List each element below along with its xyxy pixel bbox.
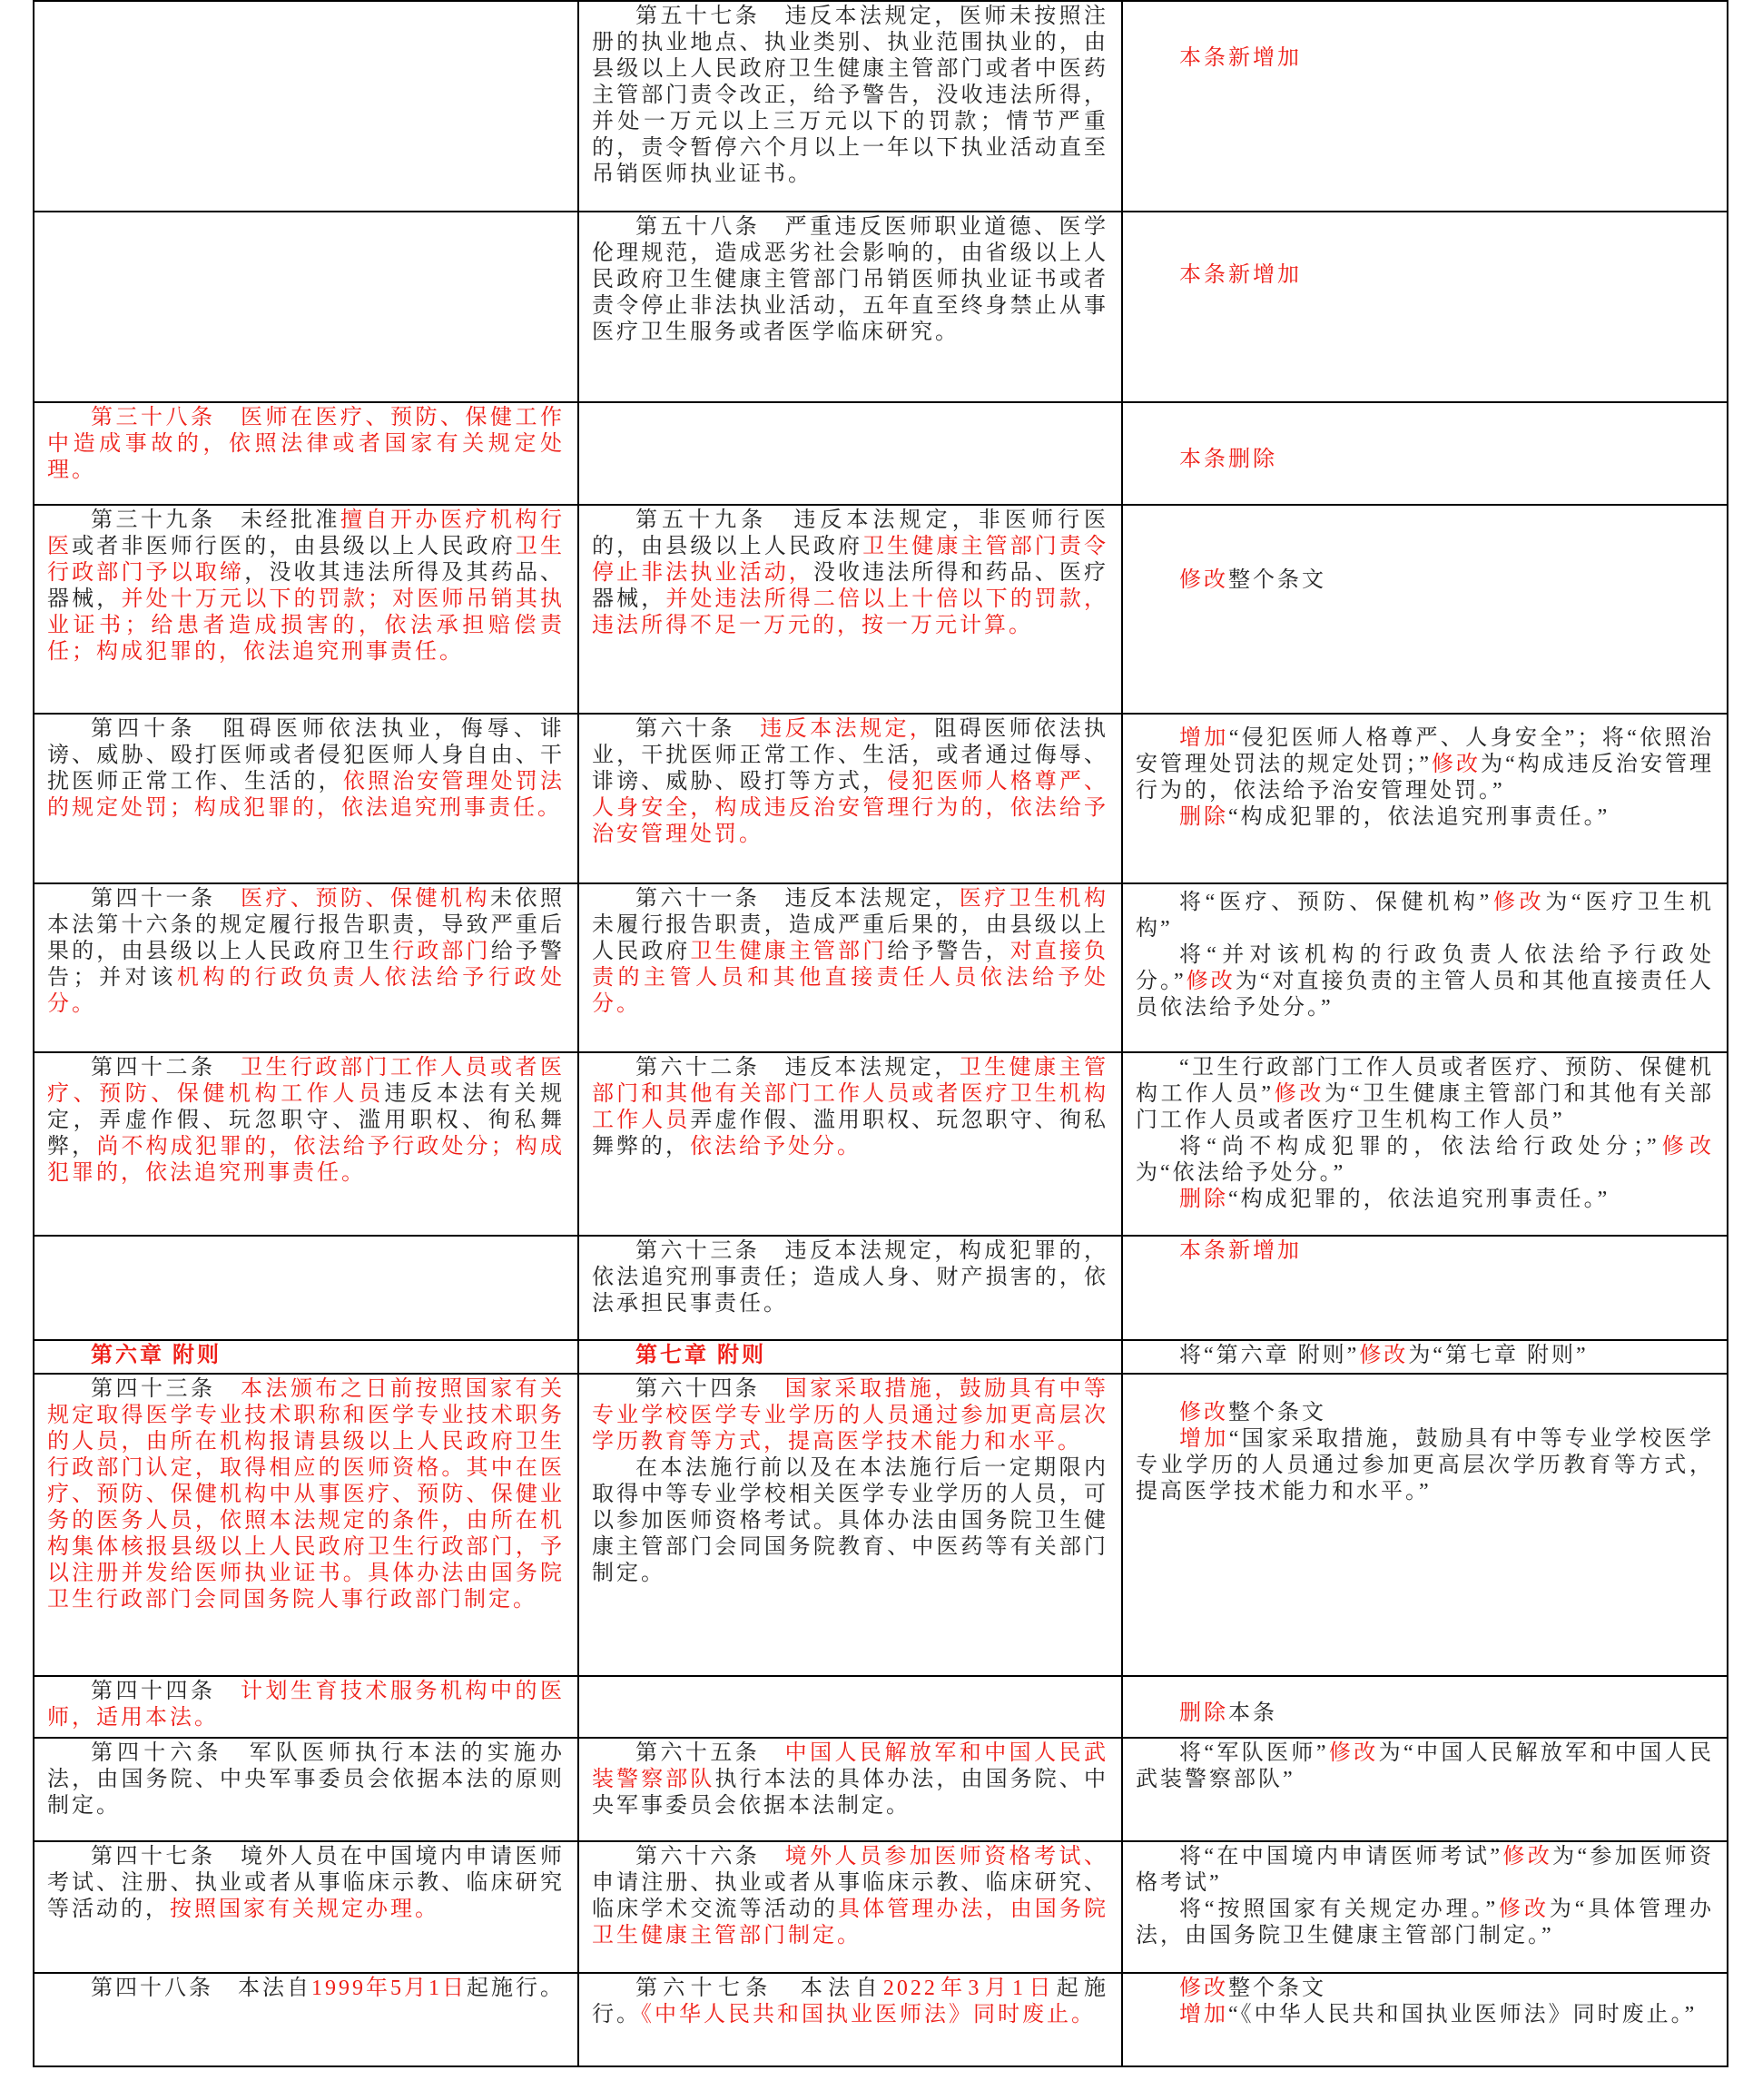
revised-text-segment: 修改 [1179,1977,1228,2000]
old-law-cell: 第四十一条 医疗、预防、保健机构未依照本法第十六条的规定履行报告职责，导致严重后… [34,883,578,1052]
new-law-cell: 第七章 附则 [578,1340,1122,1374]
revision-note-cell: 将“在中国境内申请医师考试”修改为“参加医师资格考试”将“按照国家有关规定办理。… [1122,1841,1728,1973]
revised-text-segment: 按照国家有关规定办理。 [170,1898,439,1921]
law-paragraph: 将“在中国境内申请医师考试”修改为“参加医师资格考试” [1136,1844,1714,1897]
table-row: 第四十三条 本法颁布之日前按照国家有关规定取得医学专业技术职称和医学专业技术职务… [34,1374,1728,1676]
old-law-cell: 第四十八条 本法自1999年5月1日起施行。 [34,1973,578,2066]
text-segment: “构成犯罪的，依法追究刑事责任。” [1228,1188,1610,1211]
new-law-cell: 第六十条 违反本法规定，阻碍医师依法执业，干扰医师正常工作、生活，或者通过侮辱、… [578,714,1122,883]
law-paragraph: 第六十条 违反本法规定，阻碍医师依法执业，干扰医师正常工作、生活，或者通过侮辱、… [592,716,1108,848]
revised-text-segment: 修改 [1502,1845,1552,1868]
revised-text-segment: 本条新增加 [1179,1239,1302,1263]
law-paragraph: 删除“构成犯罪的，依法追究刑事责任。” [1136,804,1714,831]
law-paragraph: 第四十二条 卫生行政部门工作人员或者医疗、预防、保健机构工作人员违反本法有关规定… [47,1055,565,1187]
law-paragraph: 删除“构成犯罪的，依法追究刑事责任。” [1136,1187,1714,1213]
revised-text-segment: 尚不构成犯罪的，依法给予行政处分；构成犯罪的，依法追究刑事责任。 [47,1135,565,1185]
revision-note-cell: 修改整个条文增加“国家采取措施，鼓励具有中等专业学校医学专业学历的人员通过参加更… [1122,1374,1728,1676]
old-law-cell: 第三十九条 未经批准擅自开办医疗机构行医或者非医师行医的，由县级以上人民政府卫生… [34,505,578,714]
text-segment: 第四十八条 本法自 [91,1977,311,2000]
old-law-cell: 第四十四条 计划生育技术服务机构中的医师，适用本法。 [34,1676,578,1738]
table-row: 第四十条 阻碍医师依法执业，侮辱、诽谤、威胁、殴打医师或者侵犯医师人身自由、干扰… [34,714,1728,883]
law-paragraph: 本条新增加 [1136,262,1714,289]
law-paragraph: 本条新增加 [1136,45,1714,72]
revised-text-segment: 第六章 附则 [91,1344,222,1367]
text-segment: 第六十六条 [635,1845,785,1868]
revision-note-cell: 将“第六章 附则”修改为“第七章 附则” [1122,1340,1728,1374]
revised-text-segment: 第三十八条 医师在医疗、预防、保健工作中造成事故的，依照法律或者国家有关规定处理… [47,406,565,482]
text-segment: 第六十一条 违反本法规定， [635,887,960,911]
law-paragraph: 第五十七条 违反本法规定，医师未按照注册的执业地点、执业类别、执业范围执业的，由… [592,4,1108,188]
text-segment: 第六十四条 [635,1377,785,1401]
new-law-cell: 第五十九条 违反本法规定，非医师行医的，由县级以上人民政府卫生健康主管部门责令停… [578,505,1122,714]
law-paragraph: 将“并对该机构的行政负责人依法给予行政处分。”修改为“对直接负责的主管人员和其他… [1136,942,1714,1021]
text-segment: “《中华人民共和国执业医师法》同时废止。” [1228,2003,1697,2026]
new-law-cell: 第五十七条 违反本法规定，医师未按照注册的执业地点、执业类别、执业范围执业的，由… [578,1,1122,212]
table-row: 第六章 附则第七章 附则将“第六章 附则”修改为“第七章 附则” [34,1340,1728,1374]
law-paragraph: 删除本条 [1136,1701,1714,1727]
text-segment: 起施行。 [467,1977,565,2000]
table-row: 第四十八条 本法自1999年5月1日起施行。第六十七条 本法自2022年3月1日… [34,1973,1728,2066]
law-paragraph: “卫生行政部门工作人员或者医疗、预防、保健机构工作人员”修改为“卫生健康主管部门… [1136,1055,1714,1134]
text-segment: 本条 [1228,1701,1277,1725]
old-law-cell: 第四十二条 卫生行政部门工作人员或者医疗、预防、保健机构工作人员违反本法有关规定… [34,1052,578,1236]
table-row: 第五十八条 严重违反医师职业道德、医学伦理规范，造成恶劣社会影响的，由省级以上人… [34,212,1728,402]
old-law-cell: 第四十七条 境外人员在中国境内申请医师考试、注册、执业或者从事临床示教、临床研究… [34,1841,578,1973]
revision-note-cell: 修改整个条文 [1122,505,1728,714]
old-law-cell: 第四十条 阻碍医师依法执业，侮辱、诽谤、威胁、殴打医师或者侵犯医师人身自由、干扰… [34,714,578,883]
new-law-cell [578,1676,1122,1738]
new-law-cell: 第六十五条 中国人民解放军和中国人民武装警察部队执行本法的具体办法，由国务院、中… [578,1738,1122,1841]
text-segment: 第六十条 [635,717,760,741]
revised-text-segment: 增加 [1179,2003,1228,2026]
revised-text-segment: 修改 [1274,1082,1324,1106]
text-segment: 第六十二条 违反本法规定， [635,1056,960,1080]
table-row: 第四十六条 军队医师执行本法的实施办法，由国务院、中央军事委员会依据本法的原则制… [34,1738,1728,1841]
law-paragraph: 本条删除 [1136,447,1714,473]
law-paragraph: 将“军队医师”修改为“中国人民解放军和中国人民武装警察部队” [1136,1740,1714,1793]
law-paragraph: 第四十七条 境外人员在中国境内申请医师考试、注册、执业或者从事临床示教、临床研究… [47,1844,565,1923]
comparison-table-body: 第五十七条 违反本法规定，医师未按照注册的执业地点、执业类别、执业范围执业的，由… [34,1,1728,2066]
text-segment: 第四十一条 [91,887,241,911]
text-segment: 第六十七条 本法自 [635,1977,883,2000]
revision-note-cell: 将“医疗、预防、保健机构”修改为“医疗卫生机构”将“并对该机构的行政负责人依法给… [1122,883,1728,1052]
text-segment: 第三十九条 未经批准 [91,508,340,532]
text-segment: 将“按照国家有关规定办理。” [1179,1898,1498,1921]
law-paragraph: 第六章 附则 [47,1343,565,1369]
comparison-table: 第五十七条 违反本法规定，医师未按照注册的执业地点、执业类别、执业范围执业的，由… [33,0,1728,2067]
new-law-cell [578,402,1122,505]
law-paragraph: 第六十五条 中国人民解放军和中国人民武装警察部队执行本法的具体办法，由国务院、中… [592,1740,1108,1819]
revised-text-segment: 修改 [1498,1898,1550,1921]
law-paragraph: 第六十二条 违反本法规定，卫生健康主管部门和其他有关部门工作人员或者医疗卫生机构… [592,1055,1108,1160]
table-row: 第五十七条 违反本法规定，医师未按照注册的执业地点、执业类别、执业范围执业的，由… [34,1,1728,212]
revision-note-cell: 增加“侵犯医师人格尊严、人身安全”；将“依照治安管理处罚法的规定处罚；”修改为“… [1122,714,1728,883]
new-law-cell: 第六十三条 违反本法规定，构成犯罪的，依法追究刑事责任；造成人身、财产损害的，依… [578,1236,1122,1340]
revised-text-segment: 本法颁布之日前按照国家有关规定取得医学专业技术职称和医学专业技术职务的人员，由所… [47,1377,565,1612]
revised-text-segment: 《中华人民共和国执业医师法》同时废止。 [641,2003,1096,2026]
law-paragraph: 第六十三条 违反本法规定，构成犯罪的，依法追究刑事责任；造成人身、财产损害的，依… [592,1238,1108,1317]
text-segment: 整个条文 [1228,1401,1326,1425]
law-paragraph: 第三十九条 未经批准擅自开办医疗机构行医或者非医师行医的，由县级以上人民政府卫生… [47,508,565,665]
law-comparison-page: 第五十七条 违反本法规定，医师未按照注册的执业地点、执业类别、执业范围执业的，由… [0,0,1743,2100]
text-segment: 第四十四条 [91,1680,241,1703]
text-segment: 整个条文 [1228,568,1326,592]
text-segment: 将“在中国境内申请医师考试” [1179,1845,1502,1868]
table-row: 第四十二条 卫生行政部门工作人员或者医疗、预防、保健机构工作人员违反本法有关规定… [34,1052,1728,1236]
law-paragraph: 增加“国家采取措施，鼓励具有中等专业学校医学专业学历的人员通过参加更高层次学历教… [1136,1426,1714,1505]
law-paragraph: 将“医疗、预防、保健机构”修改为“医疗卫生机构” [1136,890,1714,942]
text-segment: 第五十七条 违反本法规定，医师未按照注册的执业地点、执业类别、执业范围执业的，由… [592,5,1108,186]
law-paragraph: 第六十六条 境外人员参加医师资格考试、申请注册、执业或者从事临床示教、临床研究、… [592,1844,1108,1949]
text-segment: 为“第七章 附则” [1408,1344,1588,1367]
text-segment: 将“医疗、预防、保健机构” [1179,891,1492,914]
text-segment: 或者非医师行医的，由县级以上人民政府 [72,535,516,558]
text-segment: 将“军队医师” [1179,1741,1329,1765]
table-row: 第四十一条 医疗、预防、保健机构未依照本法第十六条的规定履行报告职责，导致严重后… [34,883,1728,1052]
new-law-cell: 第六十一条 违反本法规定，医疗卫生机构未履行报告职责，造成严重后果的，由县级以上… [578,883,1122,1052]
new-law-cell: 第五十八条 严重违反医师职业道德、医学伦理规范，造成恶劣社会影响的，由省级以上人… [578,212,1122,402]
revised-text-segment: 修改 [1179,568,1228,592]
table-row: 第三十九条 未经批准擅自开办医疗机构行医或者非医师行医的，由县级以上人民政府卫生… [34,505,1728,714]
table-row: 第六十三条 违反本法规定，构成犯罪的，依法追究刑事责任；造成人身、财产损害的，依… [34,1236,1728,1340]
text-segment: 将“第六章 附则” [1179,1344,1359,1367]
text-segment: 第六十五条 [635,1741,785,1765]
revised-text-segment: 修改 [1492,891,1545,914]
old-law-cell [34,1,578,212]
law-paragraph: 第四十一条 医疗、预防、保健机构未依照本法第十六条的规定履行报告职责，导致严重后… [47,886,565,1018]
new-law-cell: 第六十七条 本法自2022年3月1日起施行。《中华人民共和国执业医师法》同时废止… [578,1973,1122,2066]
text-segment: 给予警告， [887,940,1010,963]
law-paragraph: 第六十七条 本法自2022年3月1日起施行。《中华人民共和国执业医师法》同时废止… [592,1976,1108,2028]
revision-note-cell: 本条新增加 [1122,1236,1728,1340]
law-paragraph: 增加“《中华人民共和国执业医师法》同时废止。” [1136,2002,1714,2028]
revision-note-cell: 本条新增加 [1122,212,1728,402]
law-paragraph: 本条新增加 [1136,1238,1714,1265]
law-paragraph: 将“按照国家有关规定办理。”修改为“具体管理办法，由国务院卫生健康主管部门制定。… [1136,1897,1714,1949]
old-law-cell: 第六章 附则 [34,1340,578,1374]
law-paragraph: 第六十一条 违反本法规定，医疗卫生机构未履行报告职责，造成严重后果的，由县级以上… [592,886,1108,1018]
old-law-cell: 第四十三条 本法颁布之日前按照国家有关规定取得医学专业技术职称和医学专业技术职务… [34,1374,578,1676]
revision-note-cell: 修改整个条文增加“《中华人民共和国执业医师法》同时废止。” [1122,1973,1728,2066]
old-law-cell: 第三十八条 医师在医疗、预防、保健工作中造成事故的，依照法律或者国家有关规定处理… [34,402,578,505]
new-law-cell: 第六十六条 境外人员参加医师资格考试、申请注册、执业或者从事临床示教、临床研究、… [578,1841,1122,1973]
law-paragraph: 第四十六条 军队医师执行本法的实施办法，由国务院、中央军事委员会依据本法的原则制… [47,1740,565,1819]
law-paragraph: 第五十九条 违反本法规定，非医师行医的，由县级以上人民政府卫生健康主管部门责令停… [592,508,1108,639]
revised-text-segment: 并处违法所得二倍以上十倍以下的罚款，违法所得不足一万元的，按一万元计算。 [592,587,1108,637]
revised-text-segment: 修改 [1329,1741,1379,1765]
revised-text-segment: 修改 [1187,970,1236,993]
revised-text-segment: 2022年3月1日 [883,1977,1057,2000]
table-row: 第四十四条 计划生育技术服务机构中的医师，适用本法。删除本条 [34,1676,1728,1738]
law-paragraph: 第三十八条 医师在医疗、预防、保健工作中造成事故的，依照法律或者国家有关规定处理… [47,405,565,484]
law-paragraph: 将“尚不构成犯罪的，依法给行政处分；”修改为“依法给予处分。” [1136,1134,1714,1187]
revised-text-segment: 本条删除 [1179,448,1277,471]
revised-text-segment: 1999年5月1日 [311,1977,467,2000]
text-segment: 第五十八条 严重违反医师职业道德、医学伦理规范，造成恶劣社会影响的，由省级以上人… [592,215,1108,344]
law-paragraph: 第五十八条 严重违反医师职业道德、医学伦理规范，造成恶劣社会影响的，由省级以上人… [592,214,1108,346]
revised-text-segment: 第七章 附则 [635,1344,766,1367]
text-segment: 第六十三条 违反本法规定，构成犯罪的，依法追究刑事责任；造成人身、财产损害的，依… [592,1239,1108,1316]
revision-note-cell: 本条删除 [1122,402,1728,505]
revised-text-segment: 增加 [1179,1427,1229,1451]
law-paragraph: 增加“侵犯医师人格尊严、人身安全”；将“依照治安管理处罚法的规定处罚；”修改为“… [1136,725,1714,804]
law-paragraph: 第四十条 阻碍医师依法执业，侮辱、诽谤、威胁、殴打医师或者侵犯医师人身自由、干扰… [47,716,565,822]
revised-text-segment: 卫生健康主管部门 [690,940,887,963]
revised-text-segment: 修改 [1179,1401,1228,1425]
old-law-cell [34,1236,578,1340]
law-paragraph: 第六十四条 国家采取措施，鼓励具有中等专业学校医学专业学历的人员通过参加更高层次… [592,1376,1108,1455]
text-segment: 整个条文 [1228,1977,1326,2000]
table-row: 第四十七条 境外人员在中国境内申请医师考试、注册、执业或者从事临床示教、临床研究… [34,1841,1728,1973]
text-segment: 第四十六条 军队医师执行本法的实施办法，由国务院、中央军事委员会依据本法的原则制… [47,1741,565,1818]
law-paragraph: 将“第六章 附则”修改为“第七章 附则” [1136,1343,1714,1369]
old-law-cell [34,212,578,402]
law-paragraph: 在本法施行前以及在本法施行后一定期限内取得中等专业学校相关医学专业学历的人员，可… [592,1455,1108,1587]
revision-note-cell: 删除本条 [1122,1676,1728,1738]
new-law-cell: 第六十四条 国家采取措施，鼓励具有中等专业学校医学专业学历的人员通过参加更高层次… [578,1374,1122,1676]
text-segment: 为“依法给予处分。” [1136,1161,1345,1185]
revised-text-segment: 违反本法规定， [760,717,934,741]
new-law-cell: 第六十二条 违反本法规定，卫生健康主管部门和其他有关部门工作人员或者医疗卫生机构… [578,1052,1122,1236]
revision-note-cell: 本条新增加 [1122,1,1728,212]
revised-text-segment: 医疗、预防、保健机构 [241,887,490,911]
revised-text-segment: 本条新增加 [1179,46,1302,70]
law-paragraph: 修改整个条文 [1136,1976,1714,2002]
text-segment: 将“尚不构成犯罪的，依法给行政处分；” [1179,1135,1659,1158]
law-paragraph: 第四十三条 本法颁布之日前按照国家有关规定取得医学专业技术职称和医学专业技术职务… [47,1376,565,1613]
revised-text-segment: 删除 [1179,805,1228,829]
revised-text-segment: 修改 [1359,1344,1408,1367]
text-segment: 在本法施行前以及在本法施行后一定期限内取得中等专业学校相关医学专业学历的人员，可… [592,1456,1108,1585]
law-paragraph: 修改整个条文 [1136,567,1714,594]
revised-text-segment: 境外人员参加医师资格考试、 [785,1845,1108,1868]
law-paragraph: 第七章 附则 [592,1343,1108,1369]
text-segment: 第四十二条 [91,1056,241,1080]
revised-text-segment: 依法给予处分。 [690,1135,862,1158]
revision-note-cell: 将“军队医师”修改为“中国人民解放军和中国人民武装警察部队” [1122,1738,1728,1841]
revision-note-cell: “卫生行政部门工作人员或者医疗、预防、保健机构工作人员”修改为“卫生健康主管部门… [1122,1052,1728,1236]
old-law-cell: 第四十六条 军队医师执行本法的实施办法，由国务院、中央军事委员会依据本法的原则制… [34,1738,578,1841]
law-paragraph: 第四十八条 本法自1999年5月1日起施行。 [47,1976,565,2002]
revised-text-segment: 删除 [1179,1188,1228,1211]
table-row: 第三十八条 医师在医疗、预防、保健工作中造成事故的，依照法律或者国家有关规定处理… [34,402,1728,505]
law-paragraph: 第四十四条 计划生育技术服务机构中的医师，适用本法。 [47,1679,565,1731]
text-segment: “构成犯罪的，依法追究刑事责任。” [1228,805,1610,829]
law-paragraph: 修改整个条文 [1136,1400,1714,1426]
revised-text-segment: 删除 [1179,1701,1228,1725]
revised-text-segment: 增加 [1179,726,1229,750]
revised-text-segment: 修改 [1659,1135,1714,1158]
revised-text-segment: 本条新增加 [1179,263,1302,287]
text-segment: 第四十三条 [91,1377,241,1401]
revised-text-segment: 修改 [1432,753,1481,776]
revised-text-segment: 并处十万元以下的罚款；对医师吊销其执业证书；给患者造成损害的，依法承担赔偿责任；… [47,587,565,664]
revised-text-segment: 医疗卫生机构 [960,887,1108,911]
revised-text-segment: 行政部门 [392,940,491,963]
